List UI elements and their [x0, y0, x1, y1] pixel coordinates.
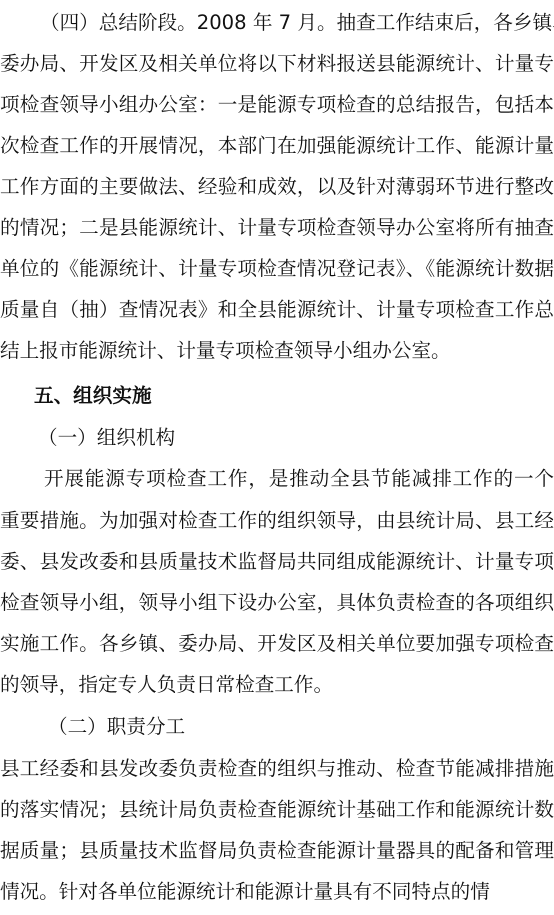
- text-line: 项检查领导小组办公室：一是能源专项检查的总结报告，包括本: [0, 84, 554, 125]
- text-line: 单位的《能源统计、计量专项检查情况登记表》、《能源统计数据: [0, 248, 554, 289]
- text-line: 质量自（抽）查情况表》和全县能源统计、计量专项检查工作总: [0, 289, 554, 330]
- subsection-heading: （二）职责分工: [48, 706, 554, 747]
- text-line: 情况。针对各单位能源统计和能源计量具有不同特点的情: [0, 871, 554, 912]
- text-line: 工作方面的主要做法、经验和成效，以及针对薄弱环节进行整改: [0, 166, 554, 207]
- text-line: 实施工作。各乡镇、委办局、开发区及相关单位要加强专项检查: [0, 623, 554, 664]
- text-line: （四）总结阶段。2008 年 7 月。抽查工作结束后，各乡镇、: [40, 2, 554, 43]
- section-heading: 五、组织实施: [34, 375, 554, 416]
- subsection-heading: （一）组织机构: [38, 417, 554, 458]
- text-line: 结上报市能源统计、计量专项检查领导小组办公室。: [0, 330, 554, 371]
- text-line: 的情况；二是县能源统计、计量专项检查领导办公室将所有抽查: [0, 207, 554, 248]
- text-line: 据质量；县质量技术监督局负责检查能源计量器具的配备和管理: [0, 830, 554, 871]
- text-line: 的落实情况；县统计局负责检查能源统计基础工作和能源统计数: [0, 789, 554, 830]
- text-line: 的领导，指定专人负责日常检查工作。: [0, 664, 554, 705]
- text-line: 开展能源专项检查工作，是推动全县节能减排工作的一个: [44, 458, 554, 499]
- text-line: 委办局、开发区及相关单位将以下材料报送县能源统计、计量专: [0, 43, 554, 84]
- text-line: 重要措施。为加强对检查工作的组织领导，由县统计局、县工经: [0, 500, 554, 541]
- text-line: 县工经委和县发改委负责检查的组织与推动、检查节能减排措施: [0, 748, 554, 789]
- text-line: 委、县发改委和县质量技术监督局共同组成能源统计、计量专项: [0, 541, 554, 582]
- text-line: 检查领导小组，领导小组下设办公室，具体负责检查的各项组织: [0, 582, 554, 623]
- text-line: 次检查工作的开展情况，本部门在加强能源统计工作、能源计量: [0, 125, 554, 166]
